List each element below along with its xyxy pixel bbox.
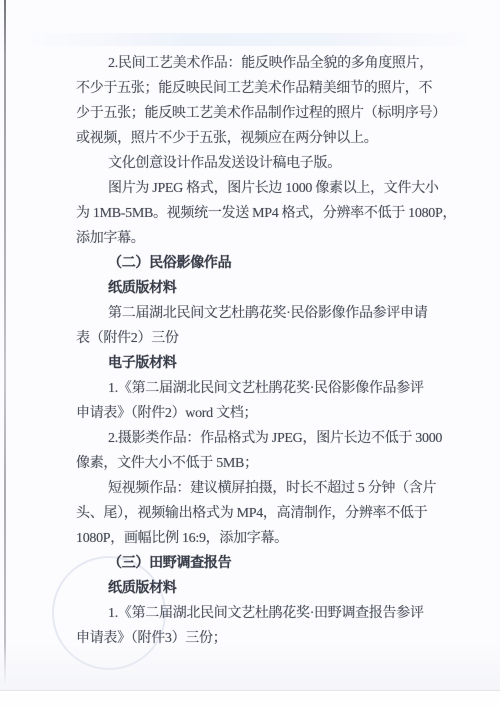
text-line: 2.摄影类作品：作品格式为 JPEG，图片长边不低于 3000: [76, 426, 460, 451]
heading-line: 电子版材料: [76, 351, 460, 376]
text-line: 不少于五张；能反映民间工艺美术作品精美细节的照片，不: [76, 76, 460, 101]
scan-edge-artifact-line: [4, 0, 6, 686]
text-line: 为 1MB-5MB。视频统一发送 MP4 格式，分辨率不低于 1080P，: [76, 201, 460, 226]
text-line: 头、尾），视频输出格式为 MP4，高清制作，分辨率不低于: [76, 501, 460, 526]
text-line: 1.《第二届湖北民间文艺杜鹃花奖·民俗影像作品参评: [76, 376, 460, 401]
text-line: 1.《第二届湖北民间文艺杜鹃花奖·田野调查报告参评: [76, 601, 460, 626]
text-line: 1080P，画幅比例 16:9，添加字幕。: [76, 526, 460, 551]
text-line: 或视频，照片不少于五张，视频应在两分钟以上。: [76, 126, 460, 151]
scanned-document-page: 2.民间工艺美术作品：能反映作品全貌的多角度照片，不少于五张；能反映民间工艺美术…: [0, 0, 500, 708]
text-line: 申请表》（附件3）三份；: [76, 626, 460, 651]
scanner-light-band: [0, 33, 500, 46]
text-line: 文化创意设计作品发送设计稿电子版。: [76, 151, 460, 176]
heading-line: （三）田野调查报告: [76, 551, 460, 576]
text-line: 像素，文件大小不低于 5MB；: [76, 451, 460, 476]
heading-line: （二）民俗影像作品: [76, 251, 460, 276]
text-line: 少于五张；能反映工艺美术作品制作过程的照片（标明序号）: [76, 101, 460, 126]
text-line: 2.民间工艺美术作品：能反映作品全貌的多角度照片，: [76, 51, 460, 76]
text-line: 添加字幕。: [76, 226, 460, 251]
text-line: 申请表》（附件2）word 文档；: [76, 401, 460, 426]
text-line: 第二届湖北民间文艺杜鹃花奖·民俗影像作品参评申请: [76, 301, 460, 326]
text-line: 图片为 JPEG 格式，图片长边 1000 像素以上，文件大小: [76, 176, 460, 201]
heading-line: 纸质版材料: [76, 276, 460, 301]
heading-line: 纸质版材料: [76, 576, 460, 601]
page-bottom-edge: [0, 690, 500, 708]
text-line: 表（附件2）三份: [76, 326, 460, 351]
document-text: 2.民间工艺美术作品：能反映作品全貌的多角度照片，不少于五张；能反映民间工艺美术…: [76, 51, 460, 651]
text-line: 短视频作品：建议横屏拍摄，时长不超过 5 分钟（含片: [76, 476, 460, 501]
